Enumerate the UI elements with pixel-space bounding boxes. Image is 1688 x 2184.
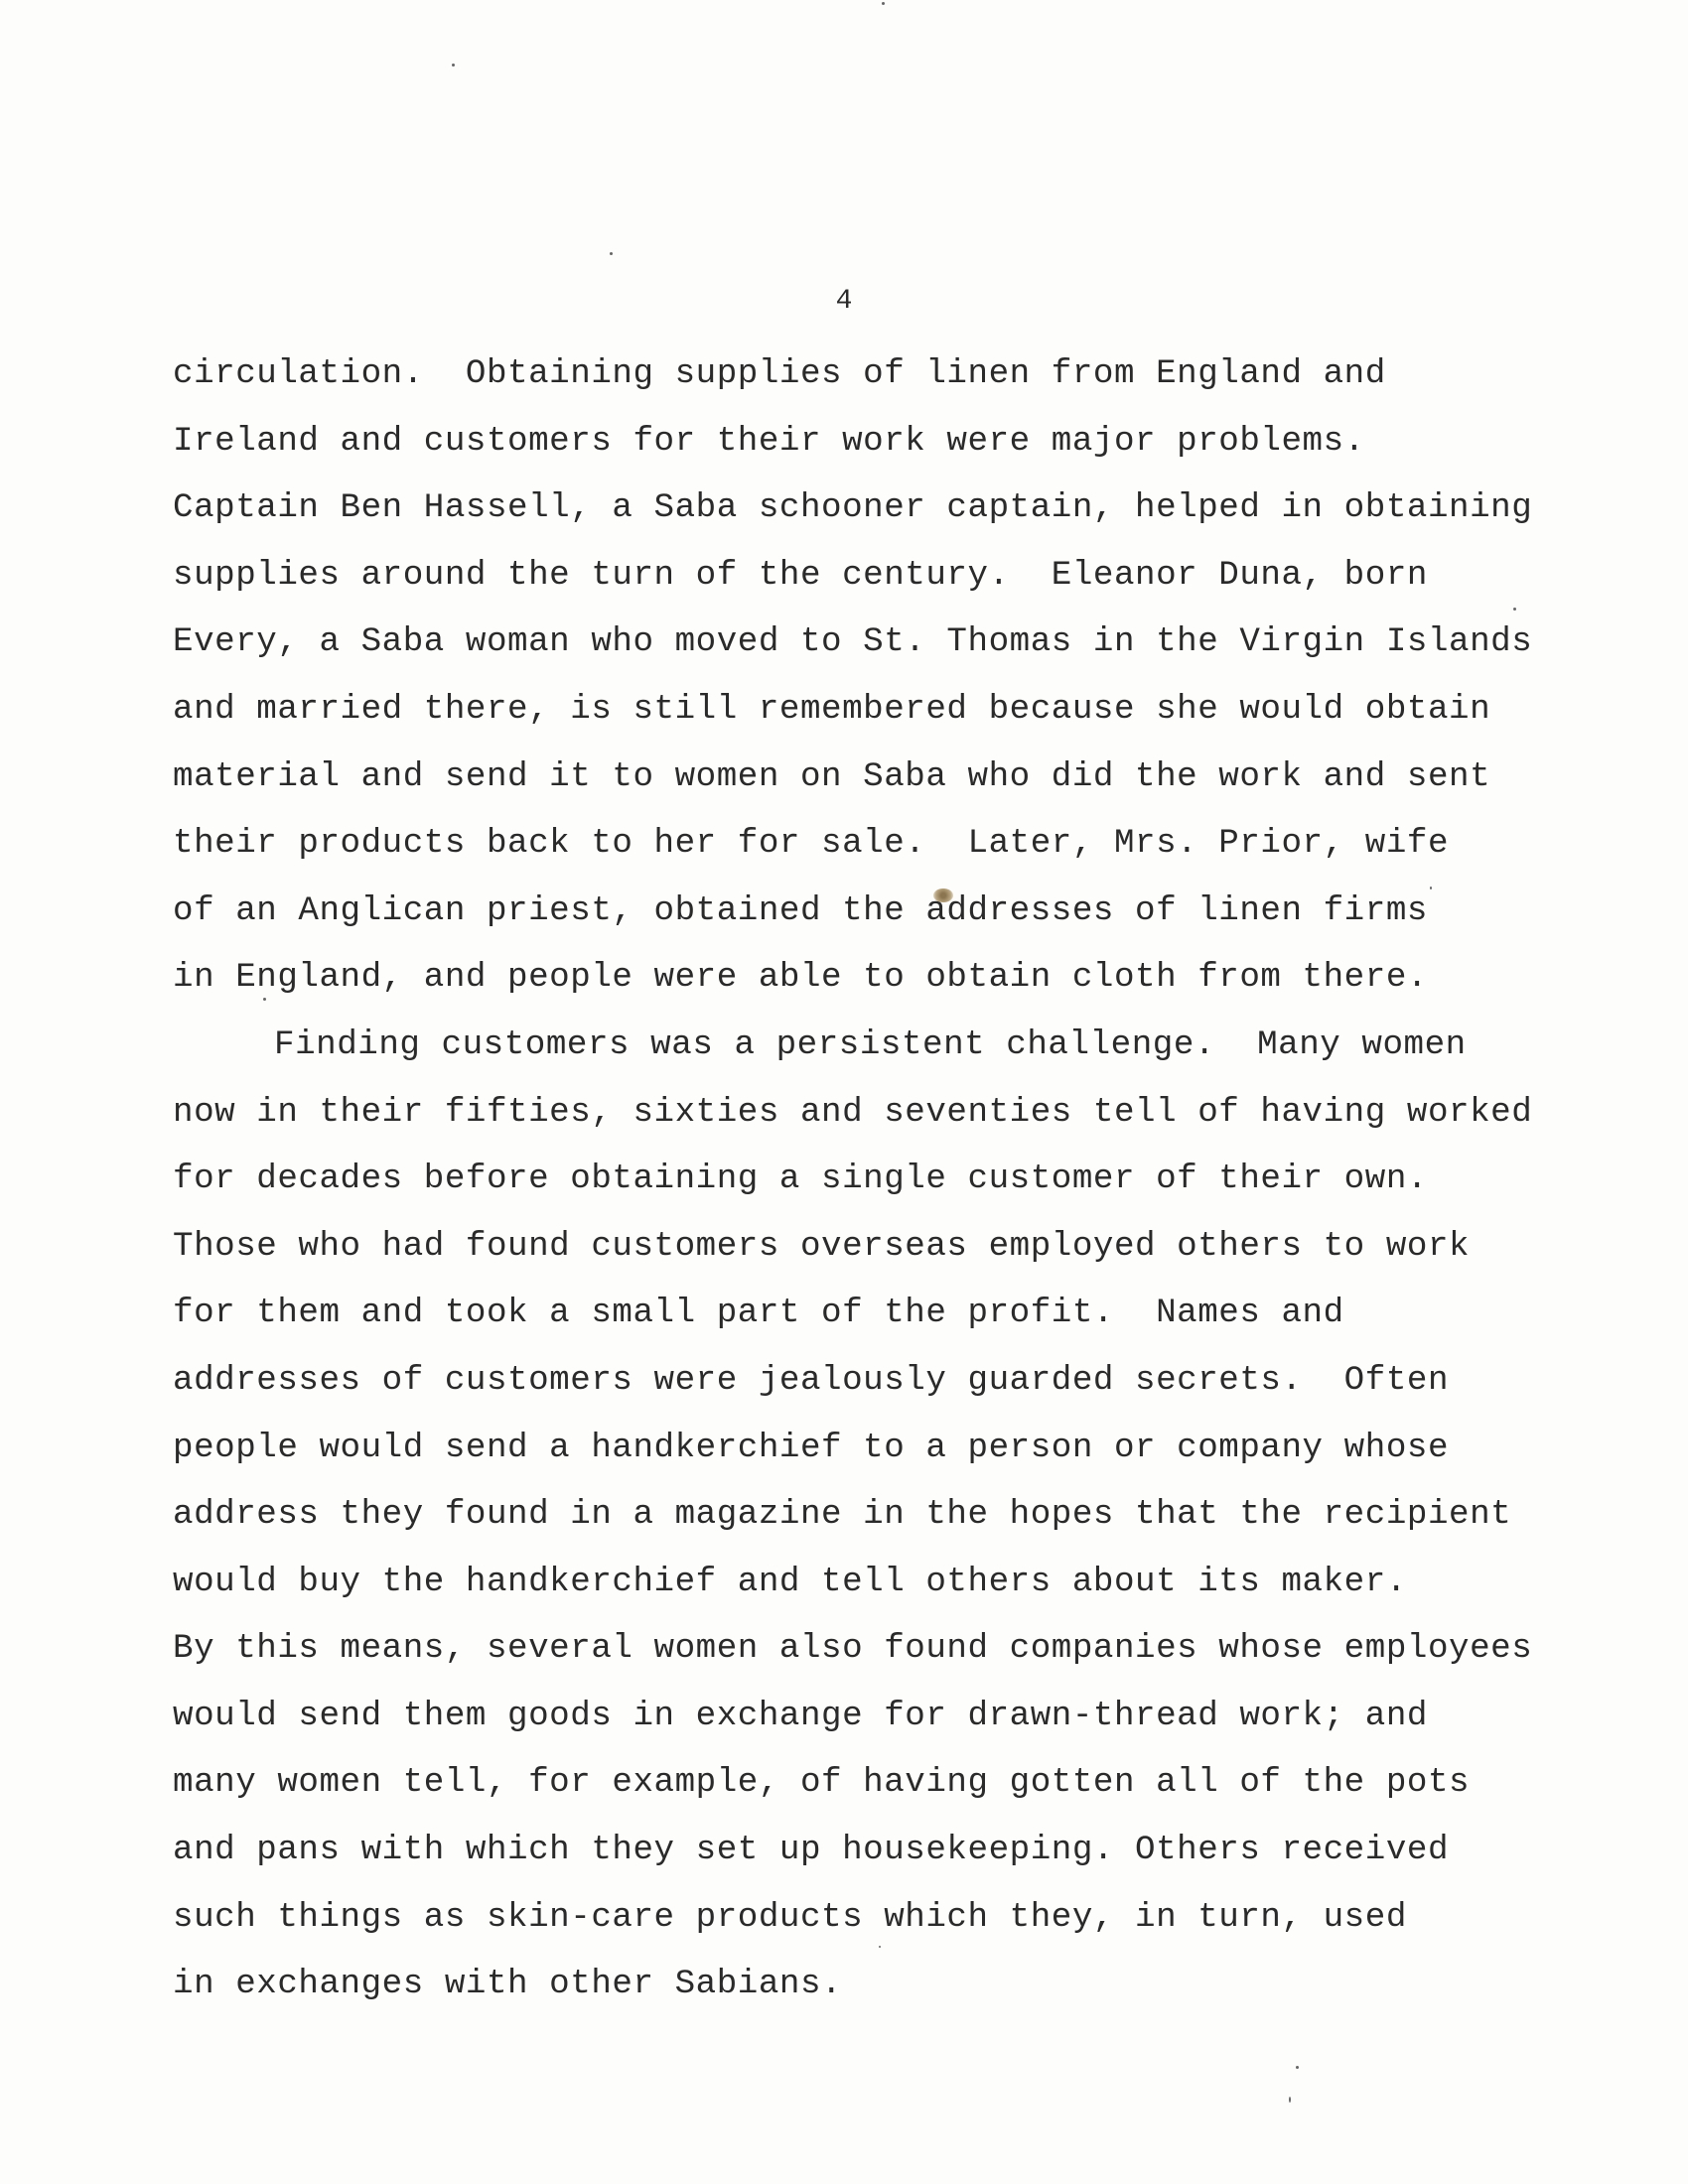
paragraph-2: Finding customers was a persistent chall… — [173, 1021, 1563, 2027]
text-line: people would send a handkerchief to a pe… — [173, 1424, 1563, 1491]
text-line: Captain Ben Hassell, a Saba schooner cap… — [173, 483, 1563, 551]
scan-speck — [452, 64, 455, 67]
scan-speck — [1430, 887, 1432, 889]
text-line: now in their fifties, sixties and sevent… — [173, 1088, 1563, 1156]
text-line: Finding customers was a persistent chall… — [173, 1021, 1563, 1088]
text-line: address they found in a magazine in the … — [173, 1490, 1563, 1558]
scan-speck — [1296, 2066, 1299, 2069]
text-line: material and send it to women on Saba wh… — [173, 752, 1563, 820]
text-line: many women tell, for example, of having … — [173, 1758, 1563, 1826]
text-line: Ireland and customers for their work wer… — [173, 417, 1563, 484]
paper-stain — [933, 888, 953, 902]
text-line: addresses of customers were jealously gu… — [173, 1356, 1563, 1424]
body-text: circulation. Obtaining supplies of linen… — [173, 349, 1563, 2027]
scan-speck — [610, 252, 613, 255]
text-line: in exchanges with other Sabians. — [173, 1960, 1563, 2027]
scan-speck — [1289, 2097, 1291, 2103]
text-line: and married there, is still remembered b… — [173, 685, 1563, 752]
text-line: and pans with which they set up housekee… — [173, 1826, 1563, 1893]
text-line: would send them goods in exchange for dr… — [173, 1692, 1563, 1759]
text-line: By this means, several women also found … — [173, 1624, 1563, 1692]
scan-speck — [263, 998, 266, 1001]
text-line: supplies around the turn of the century.… — [173, 551, 1563, 618]
page-number: 4 — [0, 286, 1688, 317]
text-line: Every, a Saba woman who moved to St. Tho… — [173, 617, 1563, 685]
text-line: for decades before obtaining a single cu… — [173, 1155, 1563, 1222]
scan-speck — [882, 2, 885, 5]
text-line: of an Anglican priest, obtained the addr… — [173, 887, 1563, 954]
text-line: in England, and people were able to obta… — [173, 953, 1563, 1021]
scan-speck — [879, 1946, 881, 1948]
text-line: their products back to her for sale. Lat… — [173, 819, 1563, 887]
text-line: would buy the handkerchief and tell othe… — [173, 1558, 1563, 1625]
scan-speck — [1513, 608, 1516, 611]
text-line: circulation. Obtaining supplies of linen… — [173, 349, 1563, 417]
text-line: such things as skin-care products which … — [173, 1893, 1563, 1961]
text-line: Those who had found customers overseas e… — [173, 1222, 1563, 1290]
text-line: for them and took a small part of the pr… — [173, 1289, 1563, 1356]
paragraph-1: circulation. Obtaining supplies of linen… — [173, 349, 1563, 1021]
